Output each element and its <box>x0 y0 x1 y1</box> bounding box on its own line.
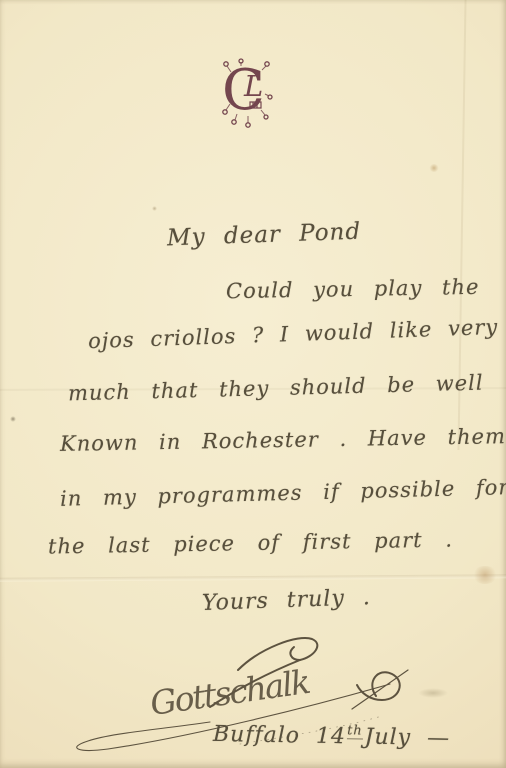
dateline: Buffalo 14thJuly — <box>213 721 451 751</box>
signature-name: Gottschalk <box>148 662 313 723</box>
body-line-1: Could you play the <box>226 275 480 303</box>
body-line-3: much that they should be well <box>68 371 484 406</box>
body-line-5: in my programmes if possible for <box>60 475 506 511</box>
salutation: My dear Pond <box>167 219 362 252</box>
dateline-day: 14 <box>316 724 346 750</box>
dateline-month: July <box>364 725 411 751</box>
dateline-day-suffix: th <box>347 723 363 739</box>
body-line-6: the last piece of first part . <box>48 527 453 558</box>
ink-speck <box>10 416 16 422</box>
dateline-city: Buffalo <box>213 722 300 749</box>
fold-crease-horizontal <box>0 574 506 582</box>
ink-speck <box>152 206 157 211</box>
foxing-spot <box>429 164 439 172</box>
monogram-lg-icon: C L <box>221 58 273 130</box>
body-line-2: ojos criollos ? I would like very <box>88 315 499 353</box>
letter-scan: C L My dear Pond Could you play the ojos… <box>0 0 506 768</box>
monogram-inner-letter: L <box>243 69 263 103</box>
foxing-spot <box>472 566 498 584</box>
dateline-dash: — <box>427 726 450 751</box>
body-line-4: Known in Rochester . Have them <box>60 424 506 456</box>
